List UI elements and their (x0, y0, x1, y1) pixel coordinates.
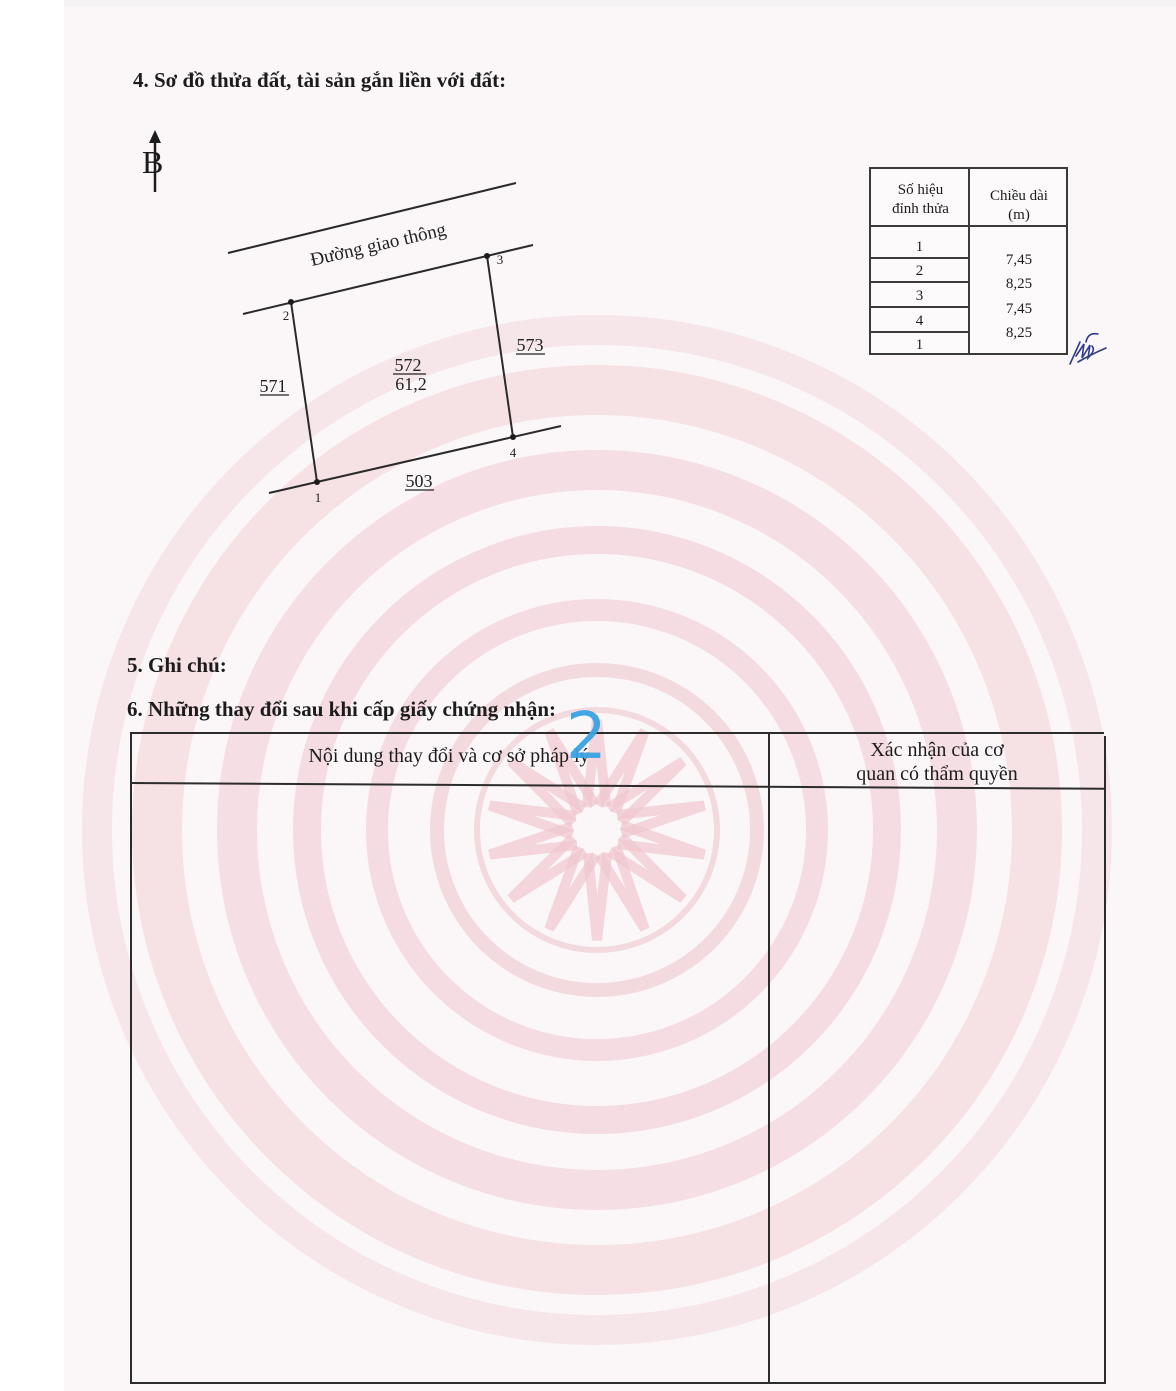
vertex-label: 3 (497, 252, 504, 267)
length-value: 7,45 (970, 297, 1068, 321)
neighbor-right: 573 (517, 335, 544, 355)
parcel-area: 61,2 (395, 374, 427, 394)
table-row: 2 (871, 259, 968, 283)
changes-table: Nội dung thay đổi và cơ sở pháp lý Xác n… (130, 732, 1106, 1384)
changes-header-confirm-line1: Xác nhận của cơ (770, 738, 1104, 762)
header-length-line1: Chiều dài (970, 187, 1068, 206)
neighbor-left: 571 (260, 376, 287, 396)
neighbor-bottom: 503 (406, 471, 433, 491)
header-vertex-line2: đỉnh thửa (871, 200, 970, 219)
table-row: 4 (871, 309, 968, 333)
table-row: 1 (871, 333, 968, 357)
road-label: Đường giao thông (308, 219, 448, 271)
length-value: 8,25 (970, 321, 1068, 345)
table-right-border (1104, 736, 1106, 1382)
length-value: 8,25 (970, 272, 1068, 296)
signature-icon (1066, 328, 1110, 368)
column-divider (768, 734, 770, 1382)
section-5-title: 5. Ghi chú: (127, 653, 227, 678)
table-top-border (130, 732, 1104, 734)
changes-header-confirm-line2: quan có thẩm quyền (770, 762, 1104, 786)
table-row: 3 (871, 284, 968, 308)
length-value: 7,45 (970, 248, 1068, 272)
table-left-border (130, 732, 132, 1382)
changes-header-content: Nội dung thay đổi và cơ sở pháp lý (130, 744, 768, 768)
vertex-label: 4 (510, 445, 517, 460)
page-number-marker: 2 (566, 705, 607, 769)
vertex-lengths-table: Số hiệu đỉnh thửa Chiều dài (m) 1 2 3 4 … (869, 167, 1068, 355)
vertex-label: 1 (315, 490, 322, 505)
header-length-line2: (m) (970, 206, 1068, 225)
section-6-title: 6. Những thay đổi sau khi cấp giấy chứng… (127, 697, 556, 722)
table-header: Số hiệu đỉnh thửa Chiều dài (m) (871, 169, 1066, 227)
header-vertex-line1: Số hiệu (871, 181, 970, 200)
table-row: 1 (871, 235, 968, 259)
parcel-number: 572 (395, 355, 422, 375)
vertex-label: 2 (283, 308, 290, 323)
table-bottom-border (130, 1382, 1106, 1384)
